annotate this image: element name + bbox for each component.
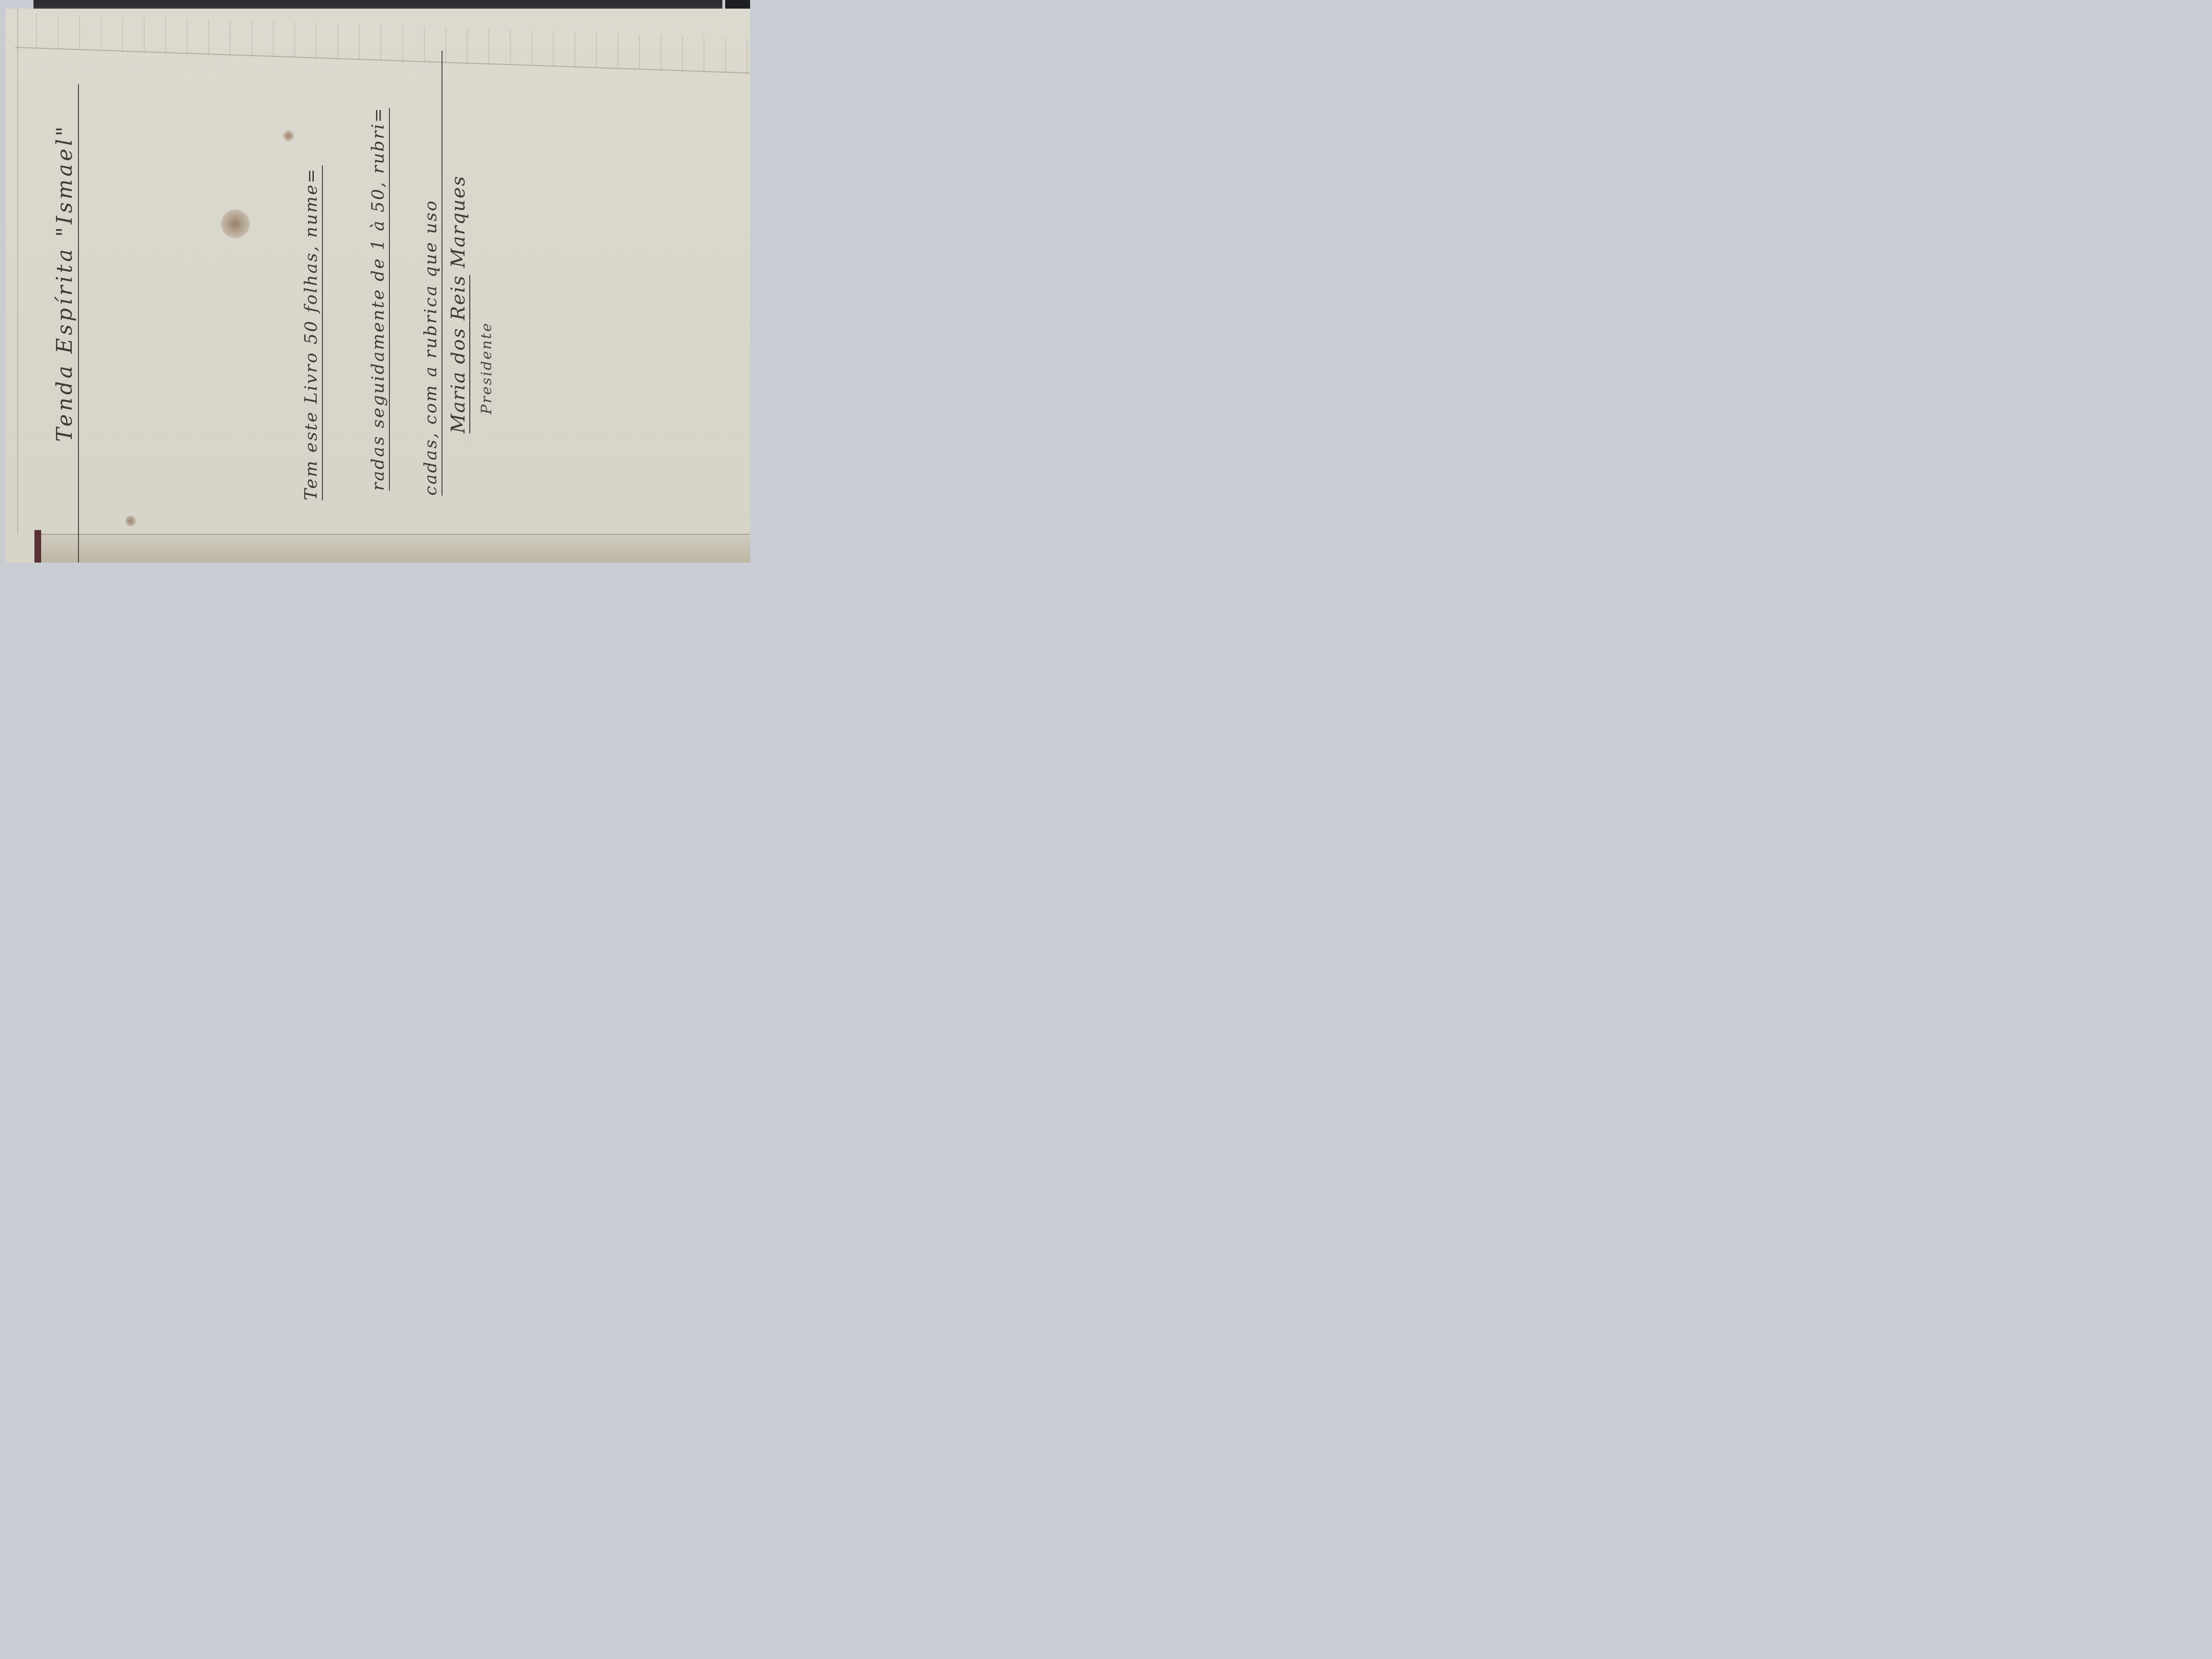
document-title: Tenda Espírita "Ismael" [53,84,79,563]
handwritten-content: Tenda Espírita "Ismael" Tem este Livro 5… [0,0,750,563]
signature-role: Presidente [478,322,495,414]
body-line-2: radas seguidamente de 1 à 50, rubri= [368,108,390,491]
signature-name-underlined: Maria dos Reis [447,275,470,433]
signature-name-rest: Marques [447,175,469,275]
body-line-1: Tem este Livro 50 folhas, nume= [301,166,323,500]
signature: Maria dos Reis Marques [447,175,469,433]
title-text: Tenda Espírita "Ismael" [53,123,77,523]
body-line-3: cadas, com a rubrica que uso [421,51,442,496]
